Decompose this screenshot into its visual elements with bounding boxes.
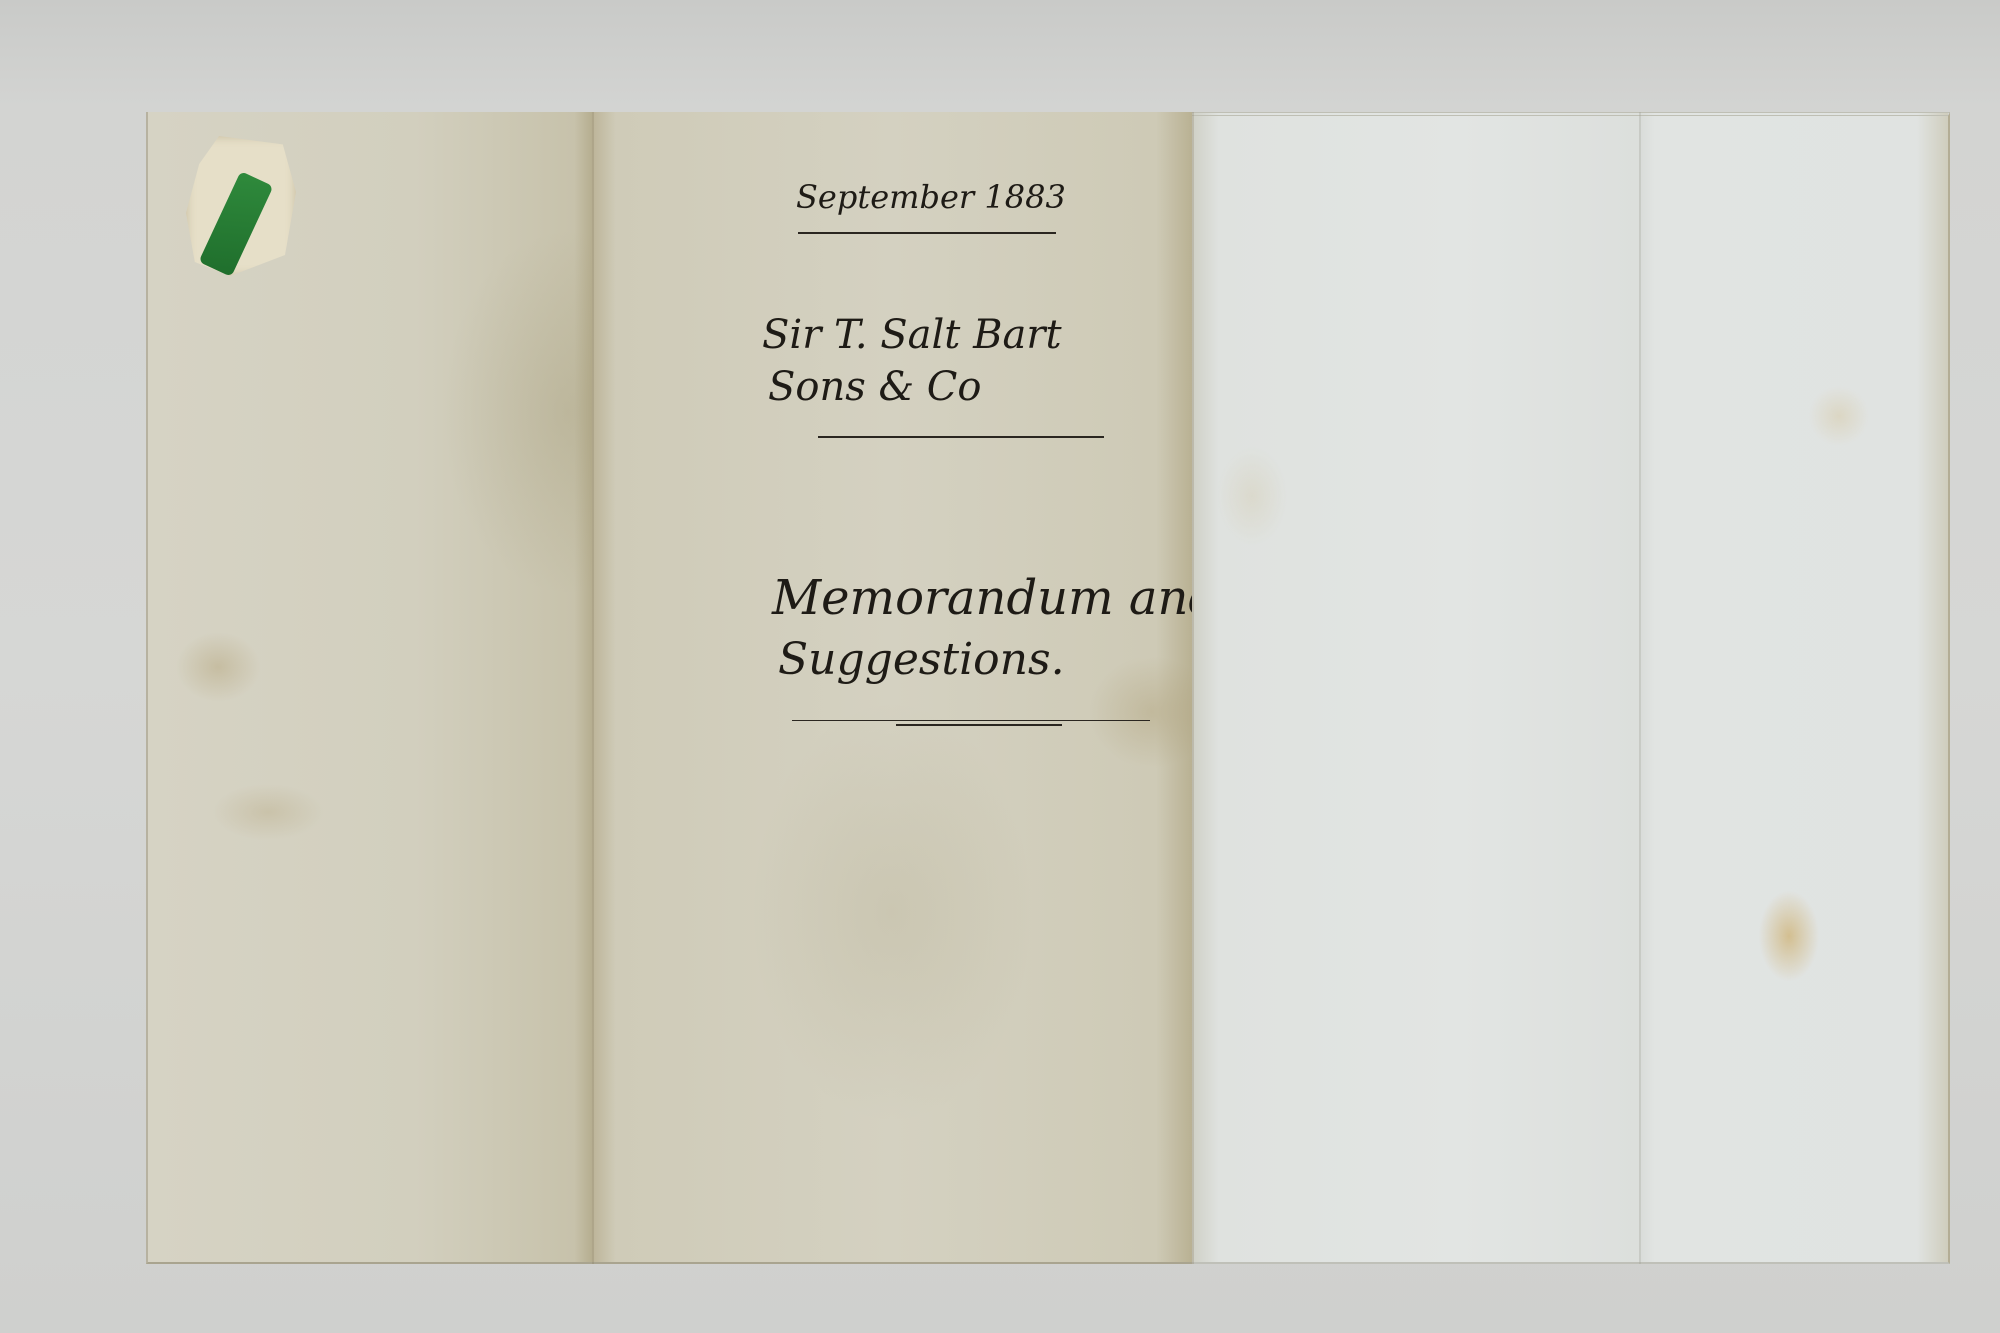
- title-double-rule: [896, 724, 1062, 726]
- cover-date: September 1883: [796, 178, 1066, 216]
- title-line-1: Memorandum and: [772, 570, 1219, 626]
- title-line-2: Suggestions.: [778, 634, 1065, 685]
- addressee-rule: [818, 436, 1104, 438]
- document-panel-left: [146, 112, 592, 1264]
- title-rule: [792, 720, 1150, 721]
- fold-line: [1639, 112, 1641, 1264]
- fold-line: [1192, 112, 1194, 1264]
- addressee-line-2: Sons & Co: [768, 364, 982, 410]
- addressee-line-1: Sir T. Salt Bart: [762, 312, 1062, 358]
- fold-line: [592, 112, 594, 1264]
- document-cover-panel: September 1883 Sir T. Salt Bart Sons & C…: [592, 112, 1192, 1264]
- document-panel-inner: [1192, 112, 1639, 1264]
- folded-document: September 1883 Sir T. Salt Bart Sons & C…: [146, 112, 1950, 1264]
- document-panel-right: [1639, 112, 1950, 1264]
- date-underline: [798, 232, 1056, 234]
